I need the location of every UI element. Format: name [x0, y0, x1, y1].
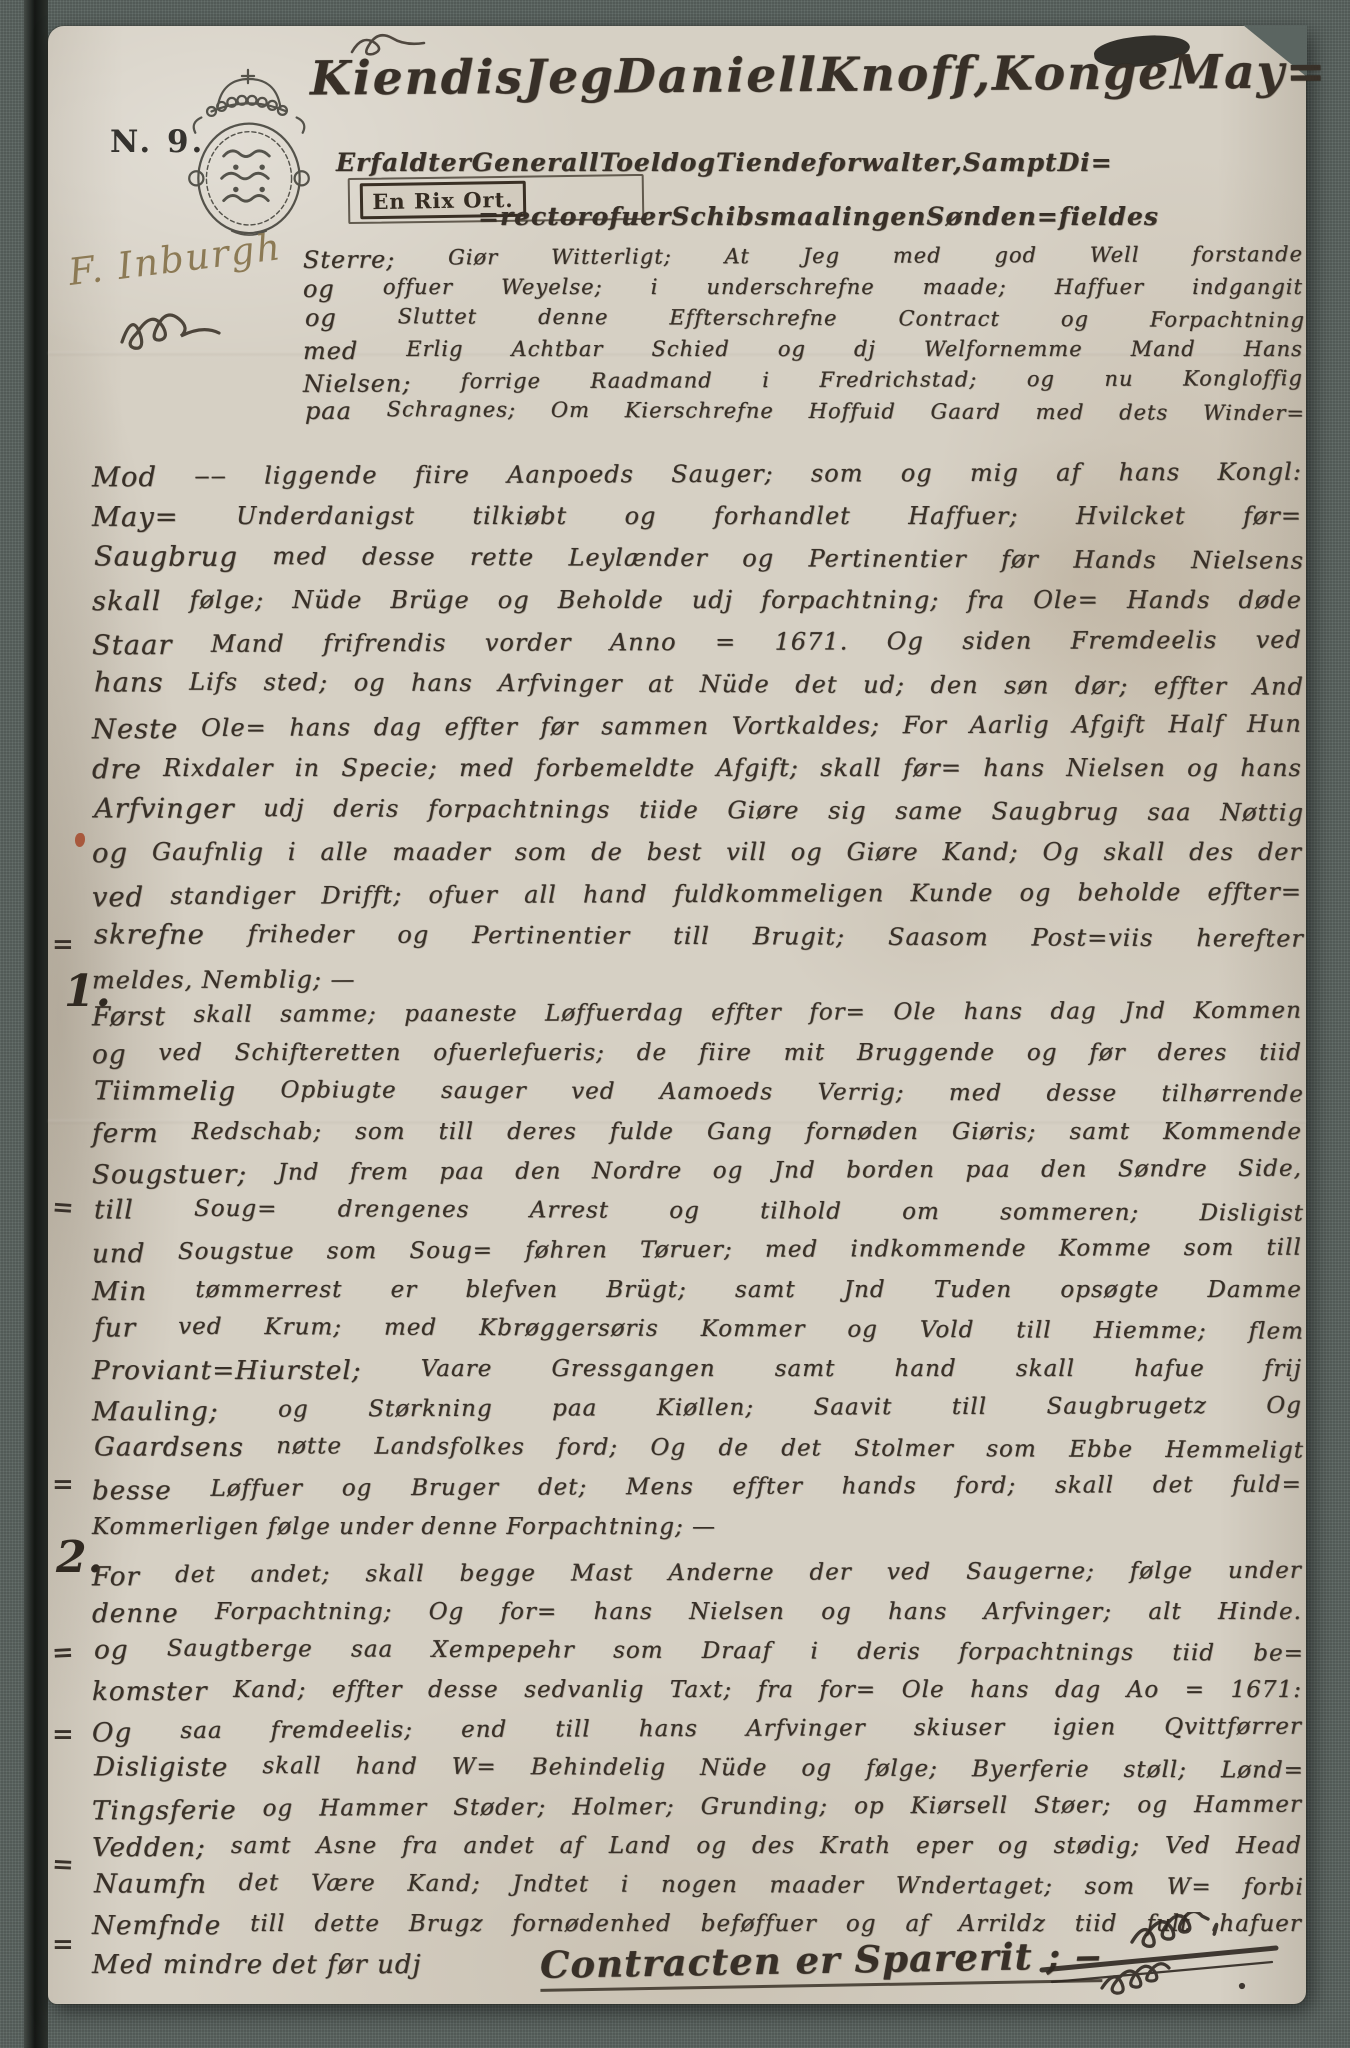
- manuscript-line: TiimmeligOpbiugtesaugervedAamoedsVerrig;…: [94, 1076, 1304, 1121]
- document-title: KiendisJegDaniellKnoff,KongeMay=: [310, 45, 1310, 107]
- margin-dash: =: [51, 1637, 75, 1668]
- section-1-block: Førstskallsamme;paanesteLøffuerdageffter…: [92, 1000, 1302, 1553]
- manuscript-line: Sougstuer;JndfrempaadenNordreogJndborden…: [92, 1156, 1302, 1200]
- margin-dash: =: [52, 930, 75, 960]
- margin-scribble: [116, 298, 246, 360]
- manuscript-line: skallfølge;NüdeBrügeogBeholdeudjforpacht…: [92, 586, 1302, 628]
- manuscript-line: denneForpachtning;Ogfor=hansNielsenoghan…: [92, 1599, 1302, 1638]
- manuscript-line: StaarMandfrifrendisvorderAnno=1671.Ogsid…: [92, 626, 1302, 673]
- manuscript-line: Førstskallsamme;paanesteLøffuerdageffter…: [92, 998, 1302, 1042]
- manuscript-line: ogoffuerWeyelse;iunderschrefnemaade;Haff…: [303, 275, 1303, 306]
- margin-dash: =: [51, 1849, 75, 1880]
- closing-prefix: Med mindre det før udj: [92, 1950, 422, 1980]
- intro-text-block: Sterre;GiørWitterligt;AtJegmedgodWellfor…: [303, 244, 1303, 430]
- manuscript-line: komsterKand;effterdessesedvanligTaxt;fra…: [92, 1677, 1302, 1716]
- manuscript-line: NesteOle=hansdageffterførsammenVortkalde…: [92, 710, 1302, 757]
- manuscript-line: fermRedschab;somtillderesfuldeGangfornød…: [92, 1119, 1302, 1159]
- manuscript-line: Vedden;samtAsnefraandetafLandogdesKrathe…: [92, 1833, 1302, 1872]
- manuscript-line: undSougstuesomSoug=føhrenTøruer;medindko…: [92, 1235, 1302, 1279]
- manuscript-line: ogSluttetdenneEffterschrefneContractogFo…: [305, 304, 1305, 339]
- manuscript-paper: N. 9. Ki: [48, 26, 1306, 2004]
- manuscript-line: Sterre;GiørWitterligt;AtJegmedgodWellfor…: [303, 242, 1303, 277]
- manuscript-line: tillSoug=drengenesArrestogtilholdomsomme…: [94, 1195, 1304, 1240]
- manuscript-line: ogvedSchifterettenofuerlefueris;defiirem…: [92, 1040, 1302, 1080]
- header-line: =rectorofuerSchibsmaalingenSønden=fielde…: [478, 202, 1308, 231]
- manuscript-line: TingsferieogHammerStøder;Holmer;Grunding…: [92, 1792, 1302, 1836]
- margin-dash: =: [52, 1930, 75, 1960]
- section-2-block: Fordetandet;skallbeggeMastAndernedervedS…: [92, 1560, 1302, 1950]
- manuscript-line: MintømmerresterblefvenBrügt;samtJndTuden…: [92, 1277, 1302, 1317]
- margin-dash: =: [52, 1720, 75, 1750]
- manuscript-line: ArfvingerudjderisforpachtningstiideGiøre…: [94, 793, 1304, 840]
- manuscript-line: Mod‒‒liggendefiireAanpoedsSauger;somogmi…: [92, 458, 1302, 505]
- closing-emphasis: Contracten er Sparerit ; ‒: [540, 1933, 1103, 1992]
- wax-speck: [75, 833, 85, 847]
- manuscript-line: besseLøffuerogBrugerdet;Menseffterhandsf…: [92, 1472, 1302, 1516]
- manuscript-line: paaSchragnes;OmKierschrefneHoffuidGaardm…: [305, 397, 1305, 432]
- manuscript-line: Ogsaafremdeelis;endtillhansArfvingerskiu…: [92, 1714, 1302, 1758]
- manuscript-line: Mauling;ogStørkningpaaKiøllen;Saavittill…: [92, 1393, 1302, 1437]
- manuscript-line: Proviant=Hiurstel;VaareGressgangensamtha…: [92, 1356, 1302, 1396]
- manuscript-line: GaardsensnøtteLandsfolkesford;OgdedetSto…: [94, 1432, 1304, 1477]
- manuscript-line: dreRixdalerinSpecie;medforbemeldteAfgift…: [92, 754, 1302, 796]
- manuscript-line: DisligisteskallhandW=BehindeligNüdeogføl…: [94, 1752, 1304, 1796]
- body-text-block: Mod‒‒liggendefiireAanpoedsSauger;somogmi…: [92, 460, 1302, 1006]
- manuscript-line: ogGaufnligiallemaadersomdebestvillogGiør…: [92, 838, 1302, 880]
- manuscript-line: NaumfndetVæreKand;JndtetinogenmaaderWnde…: [94, 1869, 1304, 1913]
- manuscript-line: medErligAchtbarSchiedogdjWelfornemmeMand…: [303, 337, 1303, 368]
- signature-flourish: [1036, 1912, 1304, 1998]
- closing-line: Med mindre det før udj Contracten er Spa…: [92, 1938, 1102, 1987]
- manuscript-line: SaugbrugmeddesseretteLeylænderogPertinen…: [94, 541, 1304, 588]
- manuscript-line: Nielsen;forrigeRaadmandiFredrichstad;ogn…: [303, 366, 1303, 401]
- manuscript-line: vedstandigerDrifft;ofuerallhandfuldkomme…: [92, 878, 1302, 925]
- manuscript-line: hansLifssted;oghansArfvingeratNüdedetud;…: [94, 667, 1304, 714]
- manuscript-line: skrefnefrihederogPertinentiertillBrugit;…: [94, 919, 1304, 966]
- manuscript-line: ogSaugtbergesaaXempepehrsomDraafiderisfo…: [94, 1635, 1304, 1679]
- crowned-royal-seal-stamp: [173, 66, 325, 240]
- header-line: ErfaldterGenerallToeldogTiendeforwalter,…: [336, 148, 1321, 177]
- binding-shadow-strip: [24, 0, 48, 2048]
- margin-dash: =: [52, 1470, 75, 1500]
- manuscript-line: Fordetandet;skallbeggeMastAndernedervedS…: [92, 1558, 1302, 1602]
- manuscript-line: furvedKrum;medKbrøggersørisKommerogVoldt…: [94, 1313, 1304, 1358]
- margin-dash: =: [51, 1192, 76, 1224]
- manuscript-line: May=UnderdanigsttilkiøbtogforhandletHaff…: [92, 502, 1302, 544]
- manuscript-photo: N. 9. Ki: [0, 0, 1350, 2048]
- manuscript-line: Kommerligen følge under denne Forpachtni…: [92, 1514, 1302, 1554]
